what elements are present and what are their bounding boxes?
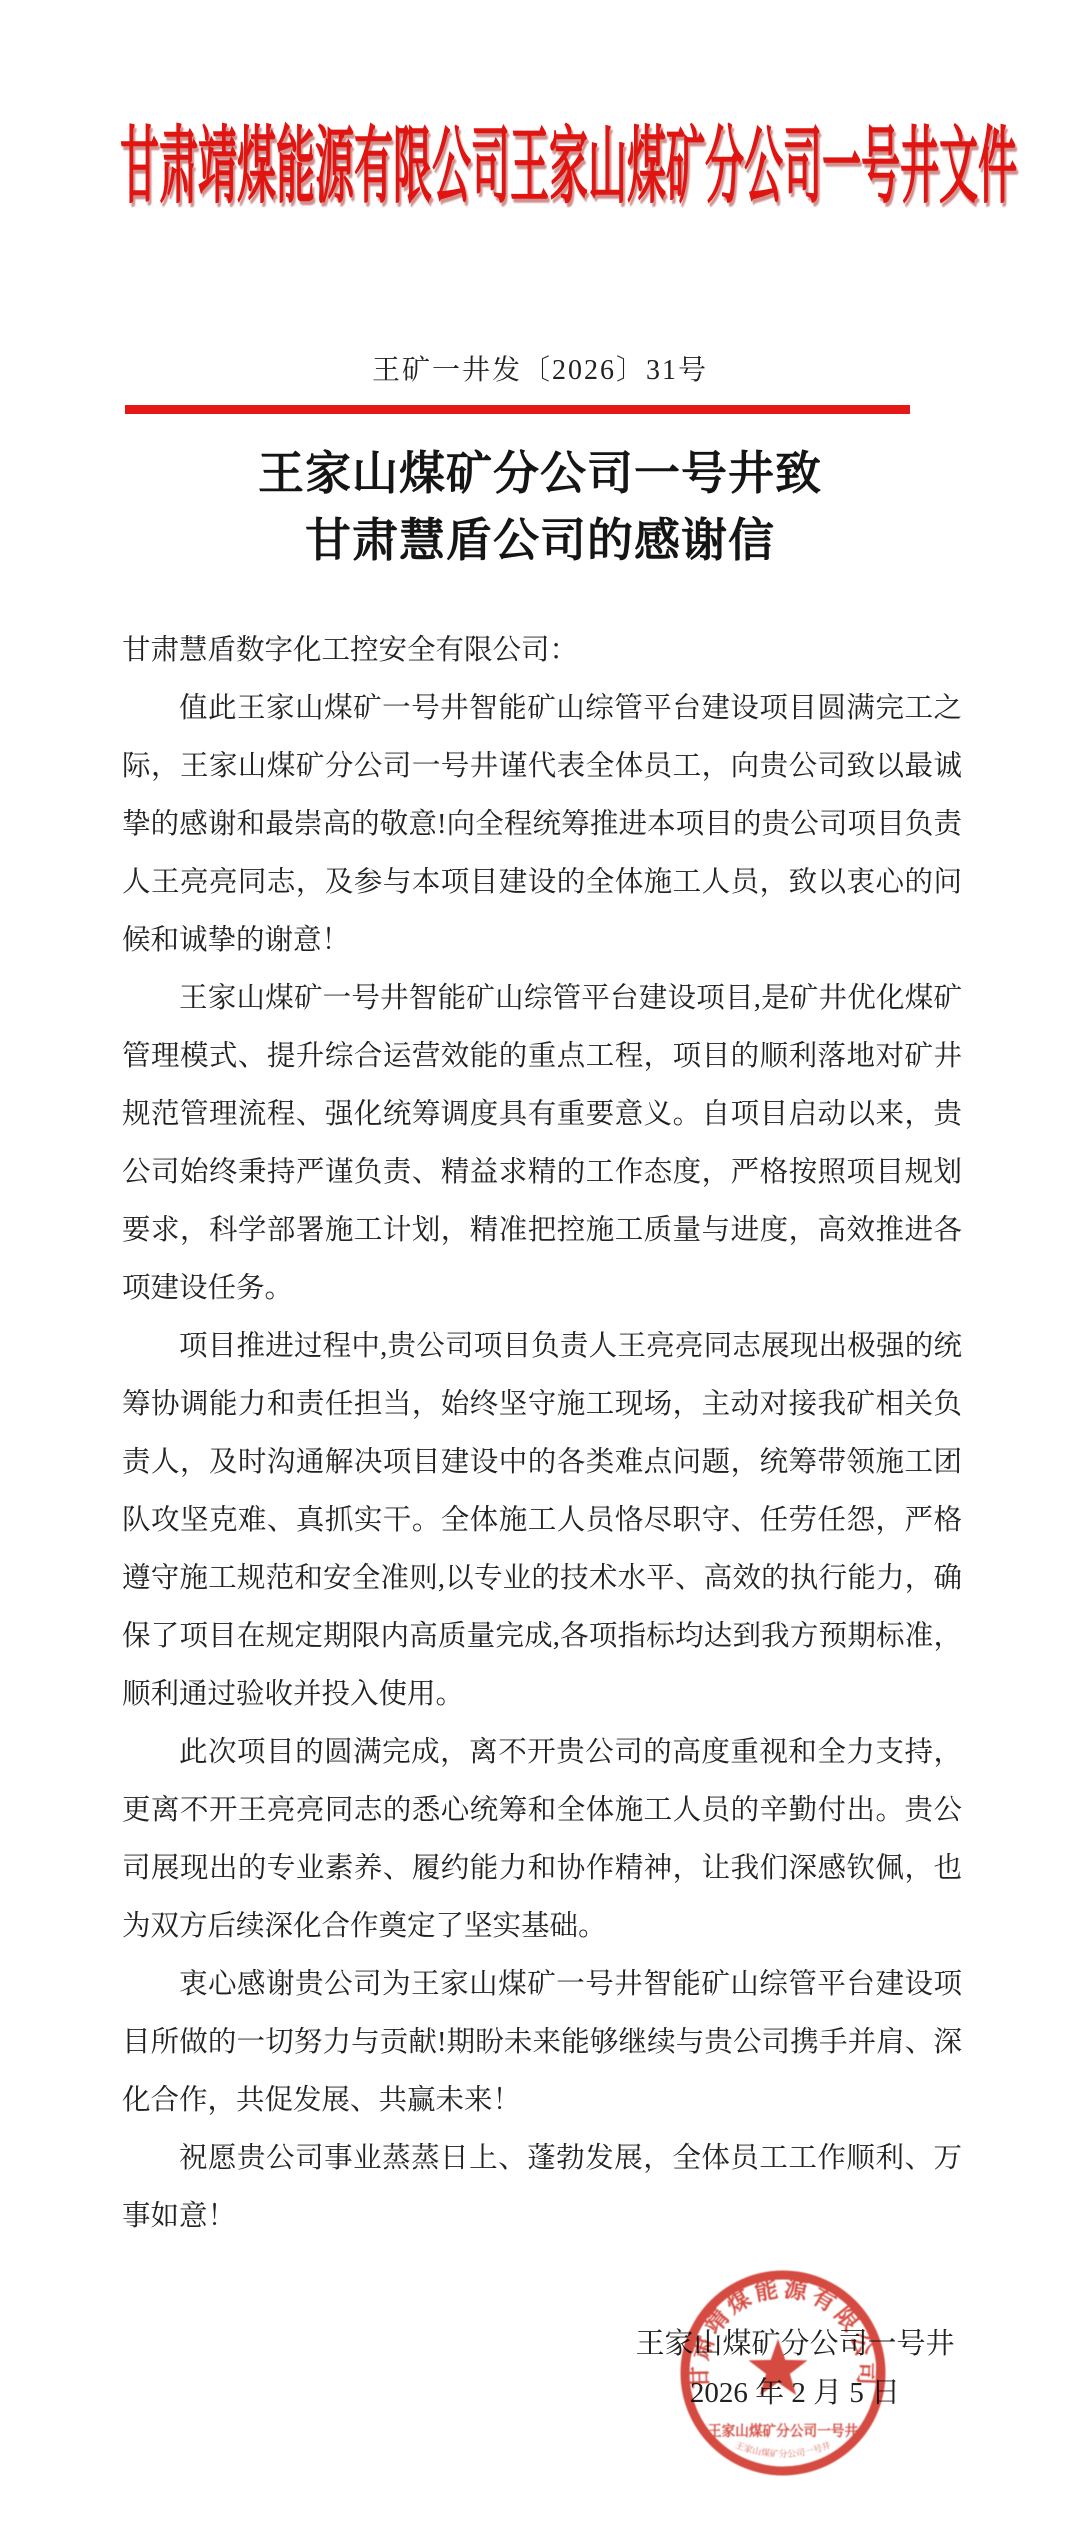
letter-body: 甘肃慧盾数字化工控安全有限公司： 值此王家山煤矿一号井智能矿山综管平台建设项目圆… <box>122 622 962 2246</box>
body-paragraph: 值此王家山煤矿一号井智能矿山综管平台建设项目圆满完工之际，王家山煤矿分公司一号井… <box>122 680 962 970</box>
red-divider-line <box>125 405 910 414</box>
body-paragraph: 项目推进过程中,贵公司项目负责人王亮亮同志展现出极强的统筹协调能力和责任担当，始… <box>122 1318 962 1724</box>
document-page: 甘肃靖煤能源有限公司王家山煤矿分公司一号井文件 王矿一井发〔2026〕31号 王… <box>0 0 1080 2546</box>
letter-title: 王家山煤矿分公司一号井致 甘肃慧盾公司的感谢信 <box>0 440 1080 574</box>
paragraph-list: 值此王家山煤矿一号井智能矿山综管平台建设项目圆满完工之际，王家山煤矿分公司一号井… <box>122 680 962 2246</box>
letter-title-line2: 甘肃慧盾公司的感谢信 <box>305 515 775 566</box>
salutation: 甘肃慧盾数字化工控安全有限公司： <box>122 622 962 680</box>
document-number: 王矿一井发〔2026〕31号 <box>0 348 1080 388</box>
official-red-seal: 甘肃靖煤能源有限公司 王家山煤矿分公司一号井 王家山煤矿分公司一号井 <box>676 2266 890 2480</box>
seal-star-icon <box>749 2339 808 2395</box>
seal-name-text: 王家山煤矿分公司一号井 <box>708 2422 858 2440</box>
body-paragraph: 此次项目的圆满完成，离不开贵公司的高度重视和全力支持，更离不开王亮亮同志的悉心统… <box>122 1724 962 1956</box>
seal-bottom-arc-text: 王家山煤矿分公司一号井 <box>734 2439 832 2459</box>
body-paragraph: 祝愿贵公司事业蒸蒸日上、蓬勃发展，全体员工工作顺利、万事如意！ <box>122 2130 962 2246</box>
letterhead-org-title: 甘肃靖煤能源有限公司王家山煤矿分公司一号井文件 <box>120 126 1017 210</box>
body-paragraph: 衷心感谢贵公司为王家山煤矿一号井智能矿山综管平台建设项目所做的一切努力与贡献!期… <box>122 1956 962 2130</box>
letter-title-line1: 王家山煤矿分公司一号井致 <box>258 448 822 499</box>
body-paragraph: 王家山煤矿一号井智能矿山综管平台建设项目,是矿井优化煤矿管理模式、提升综合运营效… <box>122 970 962 1318</box>
